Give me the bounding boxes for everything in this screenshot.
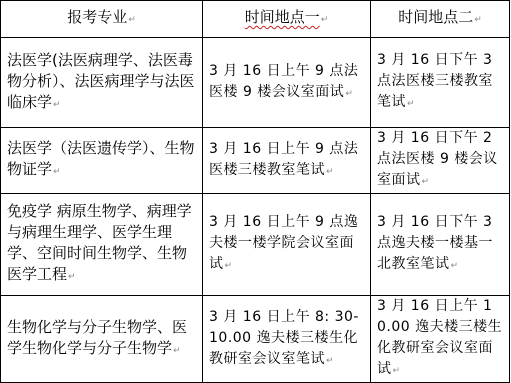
paragraph-mark-icon: ↵ xyxy=(422,177,430,187)
table-row: 免疫学 病原生物学、病理学与病理生理学、医学生理学、空间时间生物学、生物医学工程… xyxy=(1,194,510,296)
table-row: 法医学（法医遗传学）、生物物证学↵ 3 月 16 日上午 9 点法医楼三楼教室笔… xyxy=(1,128,510,194)
table-row: 法医学(法医病理学、法医毒物分析）、法医病理学与法医临床学↵ 3 月 16 日上… xyxy=(1,38,510,128)
cell-slot1: 3 月 16 日上午 9 点逸夫楼一楼学院会议室面试↵ xyxy=(203,194,371,296)
paragraph-mark-icon: ↵ xyxy=(345,89,353,99)
paragraph-mark-icon: ↵ xyxy=(474,15,482,25)
paragraph-mark-icon: ↵ xyxy=(321,15,329,25)
paragraph-mark-icon: ↵ xyxy=(128,15,136,25)
header-slot2: 时间地点二↵ xyxy=(371,1,510,38)
header-major: 报考专业↵ xyxy=(1,1,203,38)
paragraph-mark-icon: ↵ xyxy=(407,99,415,109)
paragraph-mark-icon: ↵ xyxy=(393,366,401,374)
paragraph-mark-icon: ↵ xyxy=(225,261,233,271)
cell-slot1: 3 月 16 日上午 8: 30-10.00 逸夫楼三楼生化教研室会议室笔试↵ xyxy=(203,296,371,375)
table-row: 生物化学与分子生物学、医学生物化学与分子生物学↵ 3 月 16 日上午 8: 3… xyxy=(1,296,510,375)
cell-slot1: 3 月 16 日上午 9 点法医楼三楼教室笔试↵ xyxy=(203,128,371,194)
cell-slot2: 3 月 16 日上午 10.00 逸夫楼三楼生化教研室会议室面试↵ xyxy=(371,296,510,375)
cell-slot2: 3 月 16 日下午 3 点法医楼三楼教室笔试↵ xyxy=(371,38,510,128)
paragraph-mark-icon: ↵ xyxy=(53,100,61,110)
cell-major: 法医学(法医病理学、法医毒物分析）、法医病理学与法医临床学↵ xyxy=(1,38,203,128)
paragraph-mark-icon: ↵ xyxy=(53,167,61,177)
exam-schedule-table: 报考专业↵ 时间地点一↵ 时间地点二↵ 法医学(法医病理学、法医毒物分析）、法医… xyxy=(0,0,510,374)
paragraph-mark-icon: ↵ xyxy=(326,167,334,177)
paragraph-mark-icon: ↵ xyxy=(326,356,334,366)
cell-major: 法医学（法医遗传学）、生物物证学↵ xyxy=(1,128,203,194)
header-slot1: 时间地点一↵ xyxy=(203,1,371,38)
cell-major: 免疫学 病原生物学、病理学与病理生理学、医学生理学、空间时间生物学、生物医学工程… xyxy=(1,194,203,296)
paragraph-mark-icon: ↵ xyxy=(68,272,76,282)
cell-major: 生物化学与分子生物学、医学生物化学与分子生物学↵ xyxy=(1,296,203,375)
header-row: 报考专业↵ 时间地点一↵ 时间地点二↵ xyxy=(1,1,510,38)
paragraph-mark-icon: ↵ xyxy=(451,261,459,271)
cell-slot1: 3 月 16 日上午 9 点法医楼 9 楼会议室面试↵ xyxy=(203,38,371,128)
cell-slot2: 3 月 16 日下午 2 点法医楼 9 楼会议室面试↵ xyxy=(371,128,510,194)
paragraph-mark-icon: ↵ xyxy=(173,346,181,356)
cell-slot2: 3 月 16 日下午 3 点逸夫楼一楼基一北教室笔试↵ xyxy=(371,194,510,296)
